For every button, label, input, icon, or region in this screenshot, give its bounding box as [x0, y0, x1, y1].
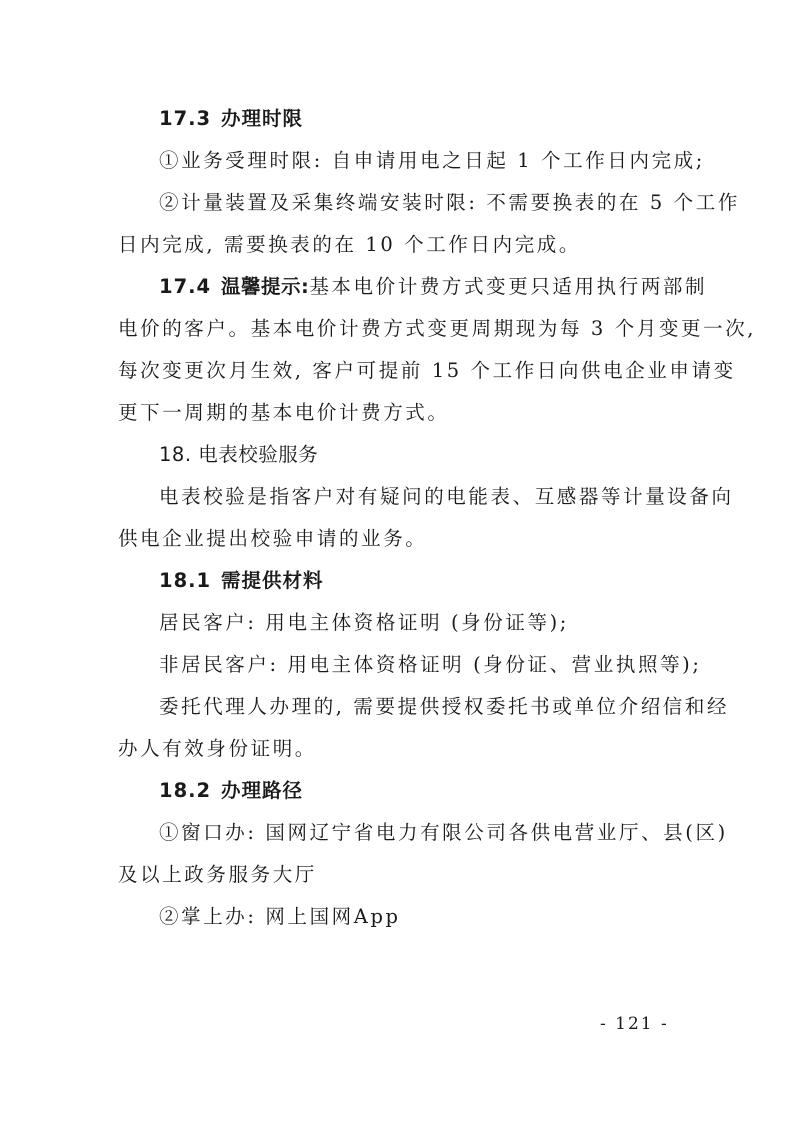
section-number: 17.3 — [159, 100, 221, 137]
paragraph-line: 每次变更次月生效, 客户可提前 15 个工作日向供电企业申请变 — [118, 352, 674, 389]
paragraph-line: 办人有效身份证明。 — [118, 730, 674, 767]
section-number: 17.4 — [159, 268, 221, 305]
paragraph-line: ①窗口办: 国网辽宁省电力有限公司各供电营业厅、县(区) — [118, 814, 674, 851]
paragraph-line: 居民客户: 用电主体资格证明 (身份证等); — [118, 604, 674, 641]
section-heading-17-3: 17.3办理时限 — [118, 100, 674, 137]
paragraph-line: 电表校验是指客户对有疑问的电能表、互感器等计量设备向 — [118, 478, 674, 515]
section-heading-18-2: 18.2办理路径 — [118, 772, 674, 809]
paragraph-line: 日内完成, 需要换表的在 10 个工作日内完成。 — [118, 226, 674, 263]
section-title: 办理时限 — [221, 107, 303, 130]
paragraph-line: 委托代理人办理的, 需要提供授权委托书或单位介绍信和经 — [118, 688, 674, 725]
paragraph-line: 非居民客户: 用电主体资格证明 (身份证、营业执照等); — [118, 646, 674, 683]
paragraph-line: ①业务受理时限: 自申请用电之日起 1 个工作日内完成; — [118, 142, 674, 179]
tip-text: 基本电价计费方式变更只适用执行两部制 — [309, 275, 707, 298]
paragraph-line: 更下一周期的基本电价计费方式。 — [118, 394, 674, 431]
paragraph-line: 及以上政务服务大厅 — [118, 856, 674, 893]
tip-label: 温馨提示: — [221, 275, 309, 298]
section-title: 需提供材料 — [221, 569, 324, 592]
page-number: - 121 - — [600, 1014, 669, 1034]
section-title: 办理路径 — [221, 779, 303, 802]
paragraph-line: ②计量装置及采集终端安装时限: 不需要换表的在 5 个工作 — [118, 184, 674, 221]
paragraph-line: 电价的客户。基本电价计费方式变更周期现为每 3 个月变更一次, — [118, 310, 674, 347]
section-number: 18.1 — [159, 562, 221, 599]
section-number: 18.2 — [159, 772, 221, 809]
document-page: 17.3办理时限 ①业务受理时限: 自申请用电之日起 1 个工作日内完成; ②计… — [118, 100, 674, 935]
section-17-4-first-line: 17.4温馨提示:基本电价计费方式变更只适用执行两部制 — [118, 268, 674, 305]
section-heading-18: 18. 电表校验服务 — [118, 436, 674, 473]
section-heading-18-1: 18.1需提供材料 — [118, 562, 674, 599]
paragraph-line: 供电企业提出校验申请的业务。 — [118, 520, 674, 557]
paragraph-line: ②掌上办: 网上国网App — [118, 898, 674, 935]
